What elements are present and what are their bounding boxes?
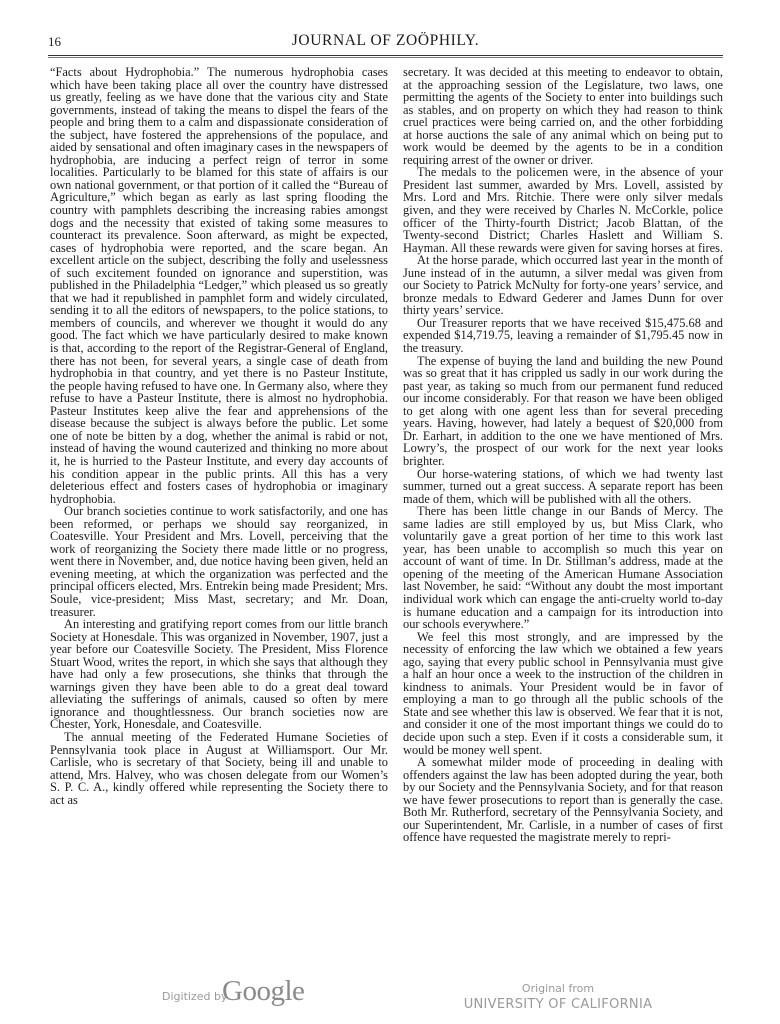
paragraph-legislature: secretary. It was decided at this meetin… (403, 66, 723, 166)
paragraph-pound-expense: The expense of buying the land and build… (403, 355, 723, 468)
paragraph-honesdale: An interesting and gratifying report com… (50, 618, 388, 731)
header-rule (48, 55, 723, 58)
paragraph-watering-stations: Our horse-watering stations, of which we… (403, 468, 723, 506)
page-header: 16 JOURNAL OF ZOÖPHILY. (48, 30, 723, 52)
paragraph-federated-meeting: The annual meeting of the Federated Huma… (50, 731, 388, 806)
university-label: UNIVERSITY OF CALIFORNIA (463, 997, 653, 1012)
paragraph-school-law: We feel this most strongly, and are impr… (403, 631, 723, 756)
left-column: “Facts about Hydrophobia.” The numerous … (50, 66, 388, 806)
google-logo: Google (222, 975, 304, 1008)
scan-footer: Digitized by Google Original from UNIVER… (0, 970, 780, 1024)
paragraph-branch-societies: Our branch societies continue to work sa… (50, 505, 388, 618)
paragraph-hydrophobia: “Facts about Hydrophobia.” The numerous … (50, 66, 388, 505)
right-column: secretary. It was decided at this meetin… (403, 66, 723, 844)
original-from-label: Original from (478, 982, 638, 995)
paragraph-police-medals: The medals to the policemen were, in the… (403, 166, 723, 254)
paragraph-bands-of-mercy: There has been little change in our Band… (403, 505, 723, 630)
paragraph-treasurer: Our Treasurer reports that we have recei… (403, 317, 723, 355)
digitized-by-label: Digitized by (162, 990, 227, 1003)
journal-page: 16 JOURNAL OF ZOÖPHILY. “Facts about Hyd… (48, 0, 723, 1024)
paragraph-prosecutions: A somewhat milder mode of proceeding in … (403, 756, 723, 844)
running-head: JOURNAL OF ZOÖPHILY. (48, 32, 723, 50)
paragraph-horse-parade: At the horse parade, which occurred last… (403, 254, 723, 317)
